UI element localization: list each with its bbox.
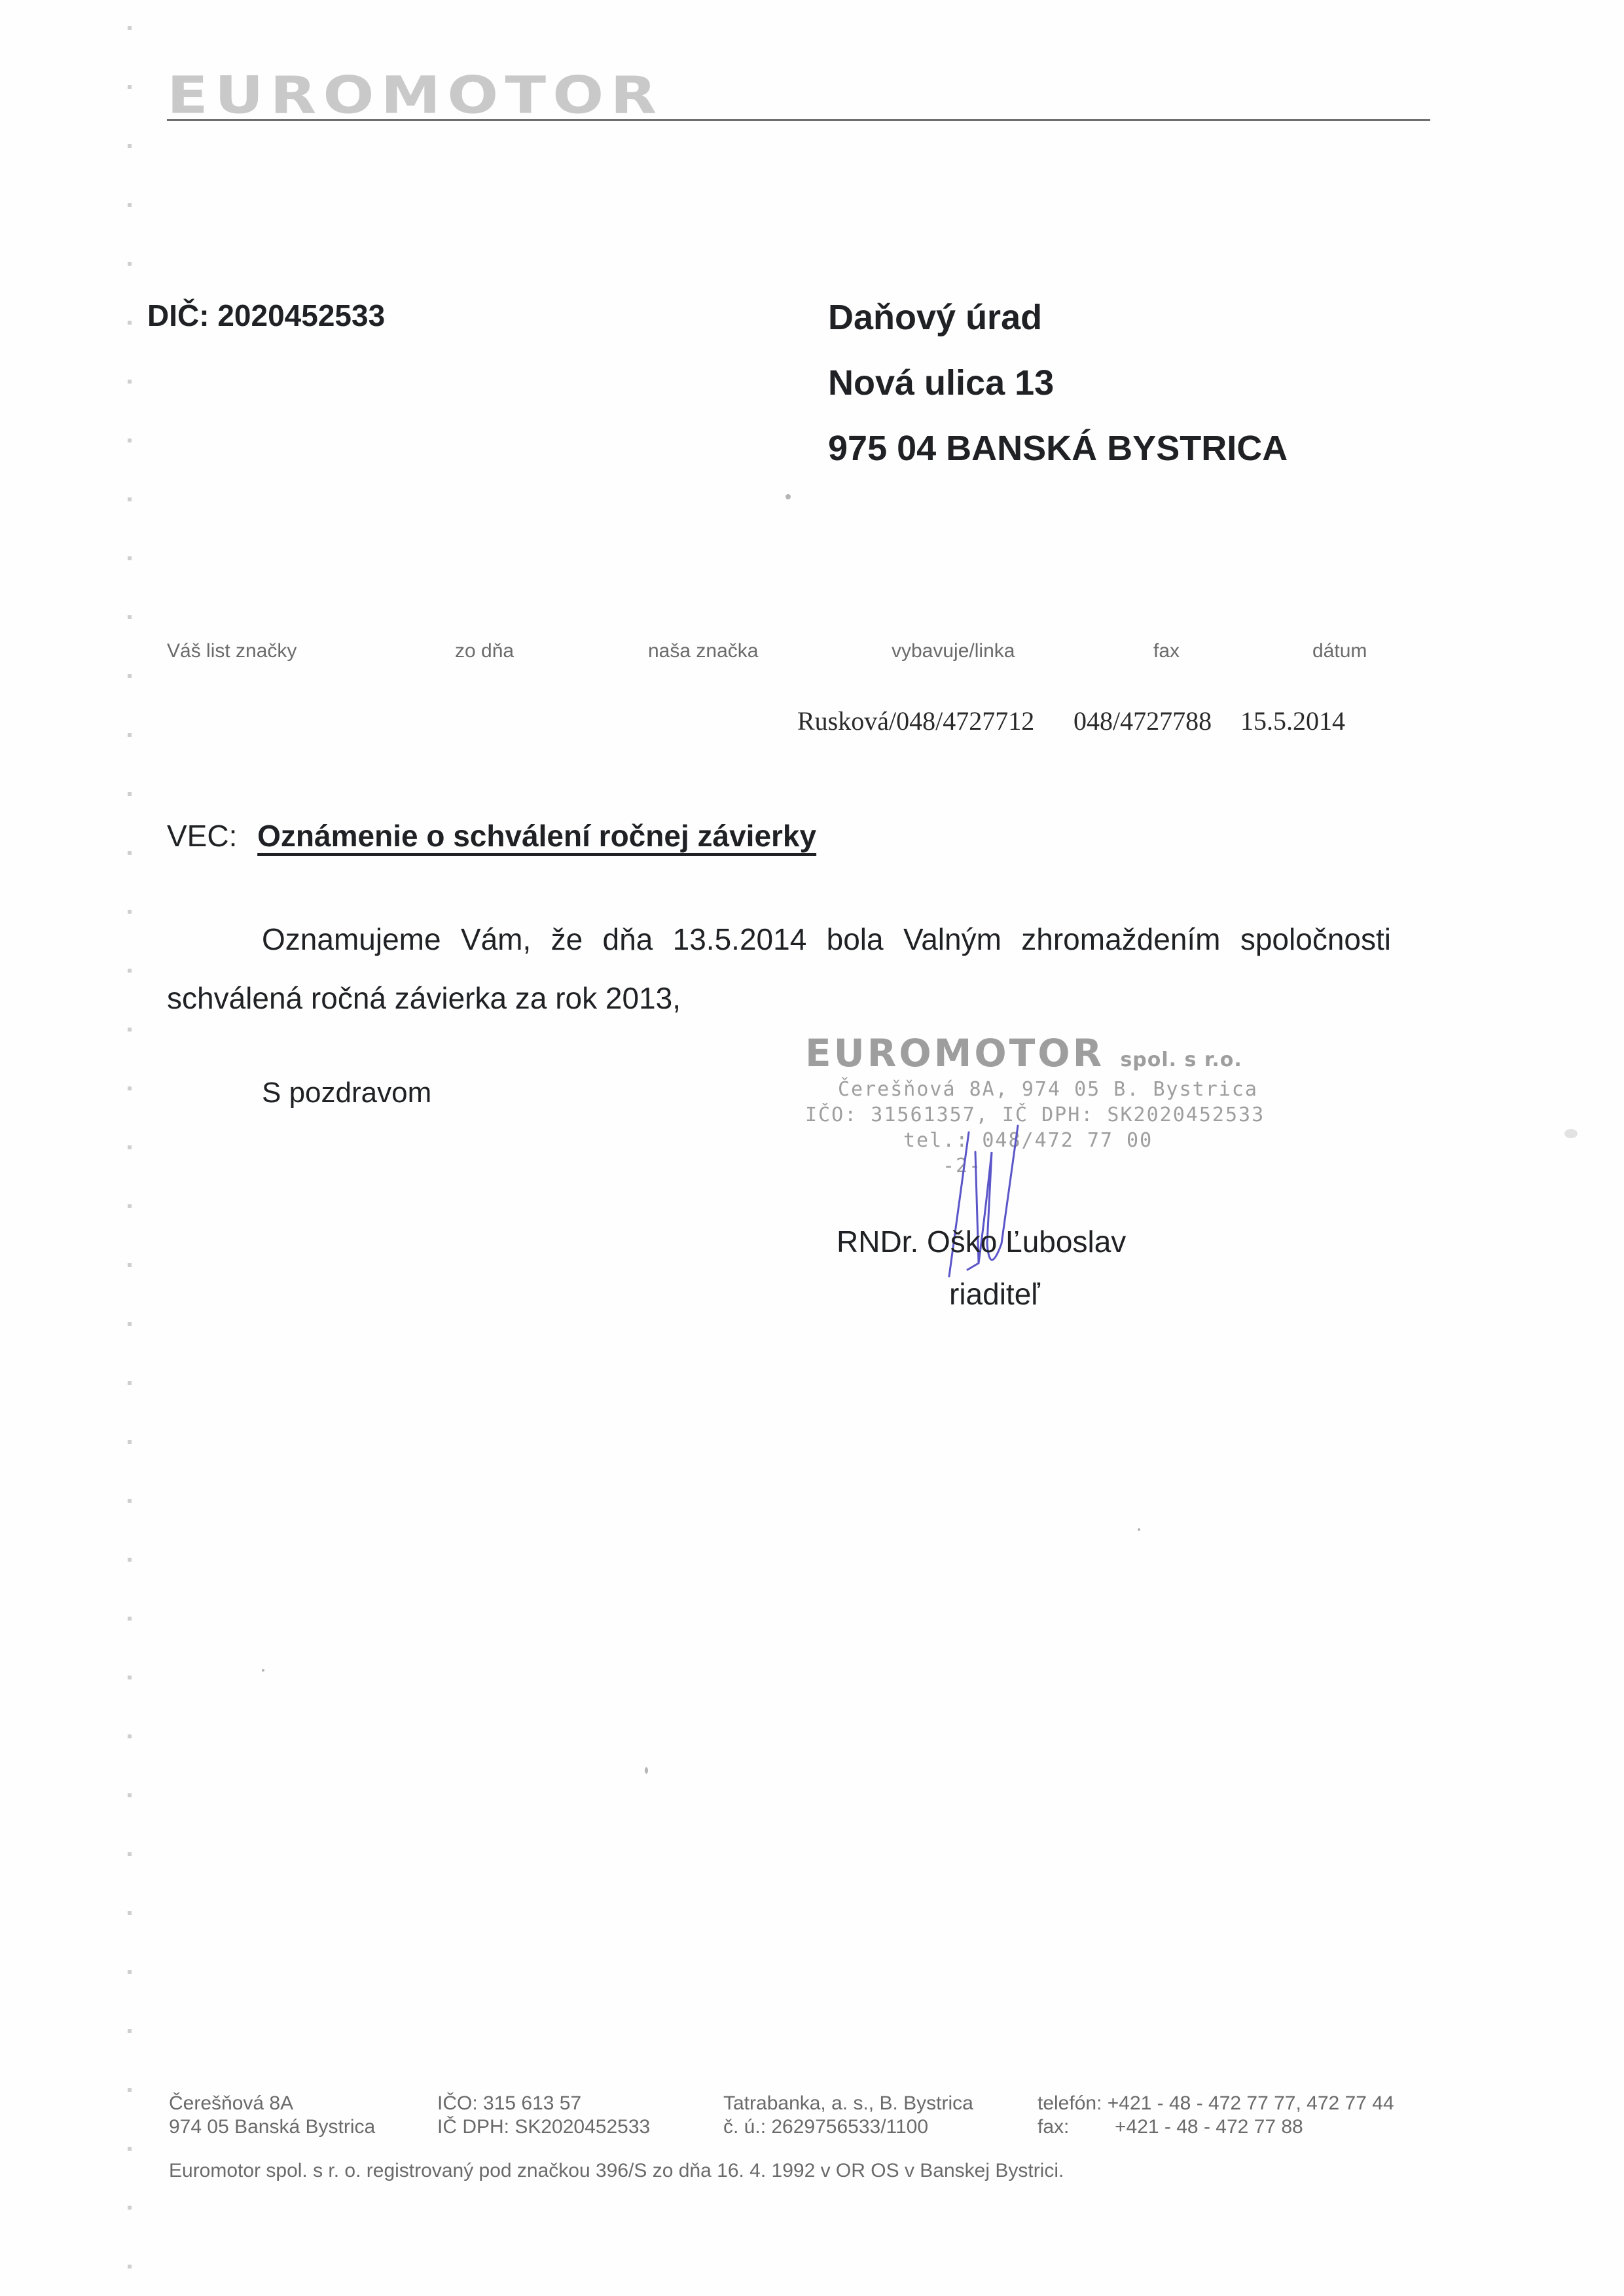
body-line-1: Oznamujeme Vám, že dňa 13.5.2014 bola Va… xyxy=(167,910,1391,969)
ref-label-our-ref: naša značka xyxy=(648,640,758,662)
stamp-brand: EUROMOTOR spol. s r.o. xyxy=(805,1031,1265,1075)
company-logo: EUROMOTOR xyxy=(167,65,663,125)
subject-line: VEC: Oznámenie o schválení ročnej závier… xyxy=(167,818,816,853)
dic-label: DIČ: xyxy=(147,298,209,332)
footer-fax-label: fax: xyxy=(1038,2115,1115,2139)
footer-bank-account: č. ú.: 2629756533/1100 xyxy=(723,2115,973,2139)
footer-company-ids: IČO: 315 613 57 IČ DPH: SK2020452533 xyxy=(437,2092,650,2139)
footer-bank-name: Tatrabanka, a. s., B. Bystrica xyxy=(723,2092,973,2115)
recipient-line: 975 04 BANSKÁ BYSTRICA xyxy=(828,416,1288,481)
recipient-address: Daňový úrad Nová ulica 13 975 04 BANSKÁ … xyxy=(828,285,1288,481)
dic-value: 2020452533 xyxy=(217,298,385,332)
sender-tax-id: DIČ: 2020452533 xyxy=(147,298,385,333)
ref-label-date: dátum xyxy=(1312,640,1367,662)
recipient-line: Nová ulica 13 xyxy=(828,350,1288,416)
footer-contacts: telefón: +421 - 48 - 472 77 77, 472 77 4… xyxy=(1038,2092,1394,2139)
ref-value-handled-by: Rusková/048/4727712 xyxy=(797,706,1034,736)
stamp-suffix: spol. s r.o. xyxy=(1120,1049,1242,1071)
ref-value-date: 15.5.2014 xyxy=(1240,706,1345,736)
letter-body: Oznamujeme Vám, že dňa 13.5.2014 bola Va… xyxy=(167,910,1391,1028)
stamp-line: Čerešňová 8A, 974 05 B. Bystrica xyxy=(805,1078,1265,1101)
footer-registration: Euromotor spol. s r. o. registrovaný pod… xyxy=(169,2160,1064,2182)
footer-ic-dph: IČ DPH: SK2020452533 xyxy=(437,2115,650,2139)
header-rule xyxy=(167,119,1430,121)
subject-title: Oznámenie o schválení ročnej závierky xyxy=(257,819,816,853)
footer-fax-value: +421 - 48 - 472 77 88 xyxy=(1115,2116,1303,2138)
subject-label: VEC: xyxy=(167,819,237,853)
signer-name: RNDr. Oško Ľuboslav xyxy=(837,1224,1126,1259)
stamp-brand-text: EUROMOTOR xyxy=(805,1031,1104,1075)
closing-greeting: S pozdravom xyxy=(262,1077,431,1109)
ref-label-date-of: zo dňa xyxy=(455,640,514,662)
footer-address-line: 974 05 Banská Bystrica xyxy=(169,2115,375,2139)
footer-phone-label: telefón: xyxy=(1038,2092,1102,2114)
signer-role: riaditeľ xyxy=(949,1276,1040,1312)
ref-value-fax: 048/4727788 xyxy=(1074,706,1212,736)
ref-label-fax: fax xyxy=(1153,640,1180,662)
ref-label-your-letter: Váš list značky xyxy=(167,640,297,662)
body-line-2: schválená ročná závierka za rok 2013, xyxy=(167,969,1391,1028)
footer-address-line: Čerešňová 8A xyxy=(169,2092,375,2115)
footer-ico: IČO: 315 613 57 xyxy=(437,2092,650,2115)
scan-edge-artifact xyxy=(128,0,132,2296)
footer-phone-value: +421 - 48 - 472 77 77, 472 77 44 xyxy=(1108,2092,1394,2114)
ref-label-handled-by: vybavuje/linka xyxy=(892,640,1015,662)
footer-bank: Tatrabanka, a. s., B. Bystrica č. ú.: 26… xyxy=(723,2092,973,2139)
recipient-line: Daňový úrad xyxy=(828,285,1288,350)
footer-address: Čerešňová 8A 974 05 Banská Bystrica xyxy=(169,2092,375,2139)
